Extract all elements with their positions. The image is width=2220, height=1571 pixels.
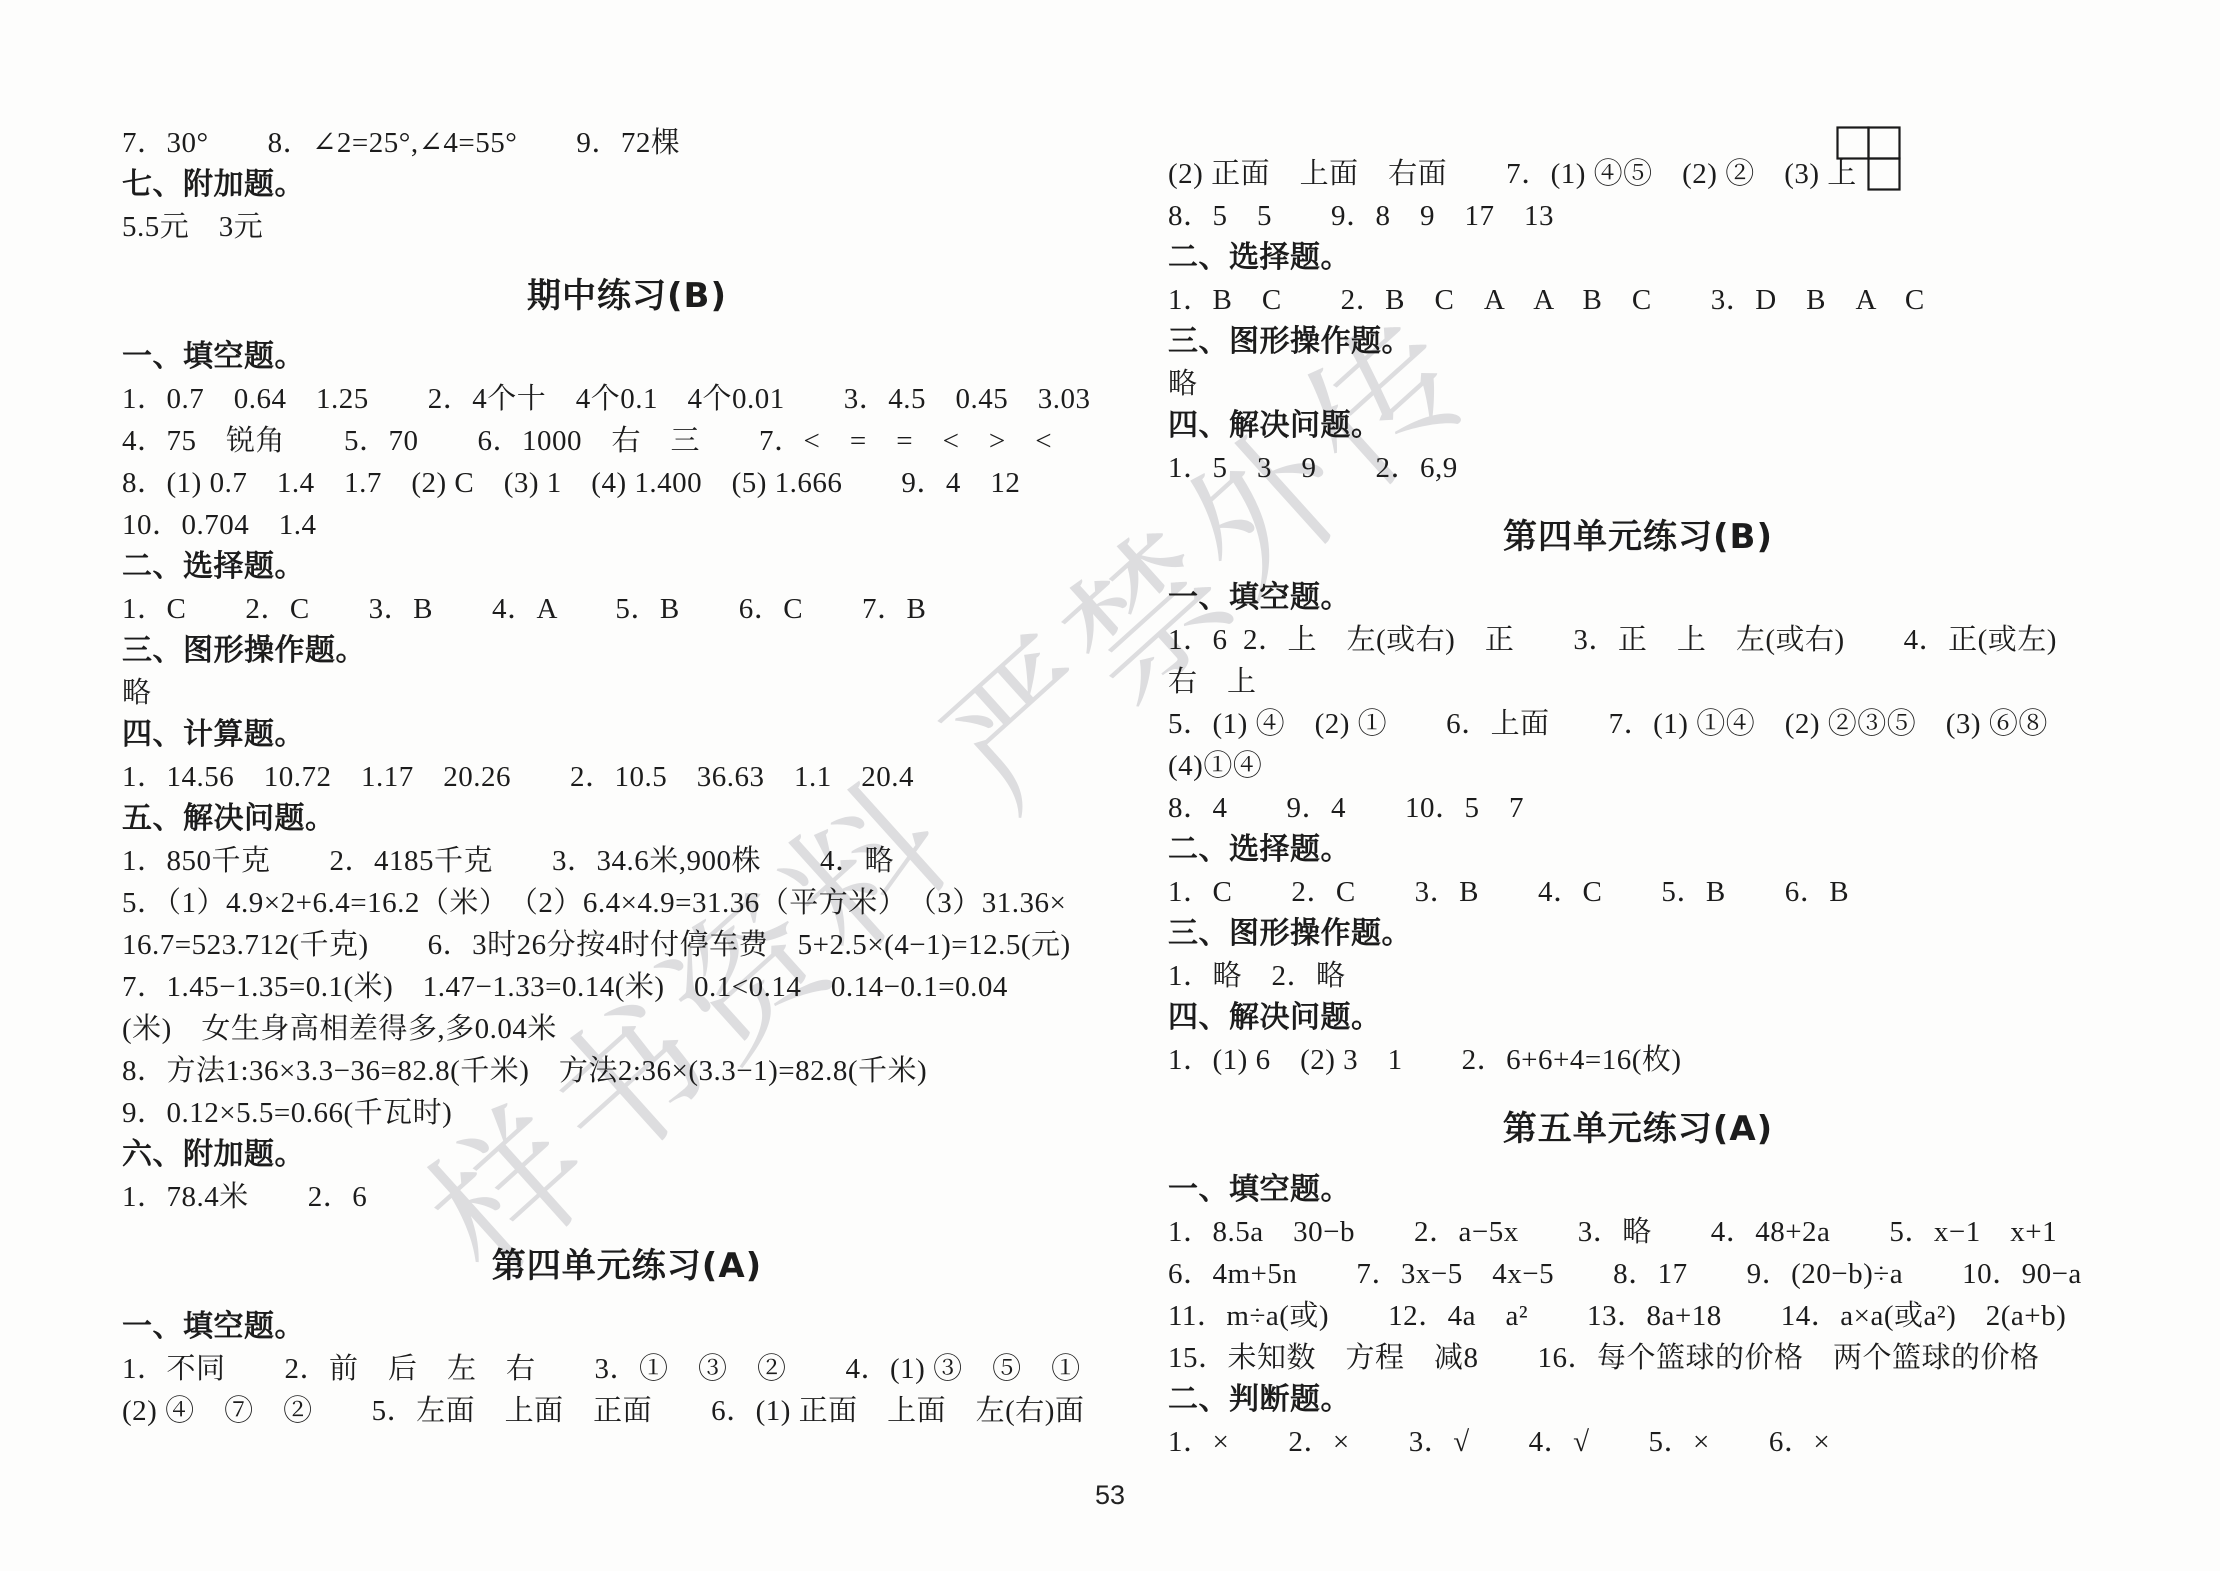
answer-line: 1．6 2．上 左(或右) 正 3．正 上 左(或右) 4．正(或左) 右 上 xyxy=(1168,619,2108,703)
section-title: 一、填空题。 xyxy=(1168,1169,2108,1211)
answer-line: 9．0.12×5.5=0.66(千瓦时) xyxy=(122,1092,1132,1134)
answer-line: 1．C 2．C 3．B 4．A 5．B 6．C 7．B xyxy=(122,588,1132,630)
section-title: 三、图形操作题。 xyxy=(122,630,1132,672)
right-column: (2) 正面 上面 右面 7．(1) ④⑤ (2) ② (3) 上 8．5 5 … xyxy=(1168,153,2108,1463)
section-title: 二、选择题。 xyxy=(1168,829,2108,871)
answer-line: 11．m÷a(或) 12．4a a² 13．8a+18 14．a×a(或a²) … xyxy=(1168,1295,2108,1337)
answer-line: 1．不同 2．前 后 左 右 3．① ③ ② 4．(1) ③ ⑤ ① xyxy=(122,1348,1132,1390)
answer-line: 1．0.7 0.64 1.25 2．4个十 4个0.1 4个0.01 3．4.5… xyxy=(122,378,1132,420)
answer-line: 16.7=523.712(千克) 6．3时26分按4时付停车费 5+2.5×(4… xyxy=(122,924,1132,966)
section-title: 二、选择题。 xyxy=(1168,237,2108,279)
answer-line: 1．× 2．× 3．√ 4．√ 5．× 6．× xyxy=(1168,1421,2108,1463)
answer-line: 8．(1) 0.7 1.4 1.7 (2) C (3) 1 (4) 1.400 … xyxy=(122,462,1132,504)
answer-line: 1．8.5a 30−b 2．a−5x 3．略 4．48+2a 5．x−1 x+1 xyxy=(1168,1211,2108,1253)
answer-line: 15．未知数 方程 减8 16．每个篮球的价格 两个篮球的价格 xyxy=(1168,1337,2108,1379)
section-title: 三、图形操作题。 xyxy=(1168,321,2108,363)
answer-line: 8．4 9．4 10．5 7 xyxy=(1168,787,2108,829)
page-number: 53 xyxy=(1060,1480,1160,1511)
answer-line: 1．78.4米 2．6 xyxy=(122,1176,1132,1218)
answer-line: 5．（1）4.9×2+6.4=16.2（米） （2）6.4×4.9=31.36（… xyxy=(122,882,1132,924)
answer-line: 10．0.704 1.4 xyxy=(122,504,1132,546)
answer-line: 5.5元 3元 xyxy=(122,206,1132,248)
answer-line: 略 xyxy=(1168,363,2108,405)
answer-line: 1．850千克 2．4185千克 3．34.6米,900株 4．略 xyxy=(122,840,1132,882)
section-title: 二、选择题。 xyxy=(122,546,1132,588)
exercise-heading: 第五单元练习(A) xyxy=(1168,1103,2108,1155)
answer-line: 1．5 3 9 2．6,9 xyxy=(1168,447,2108,489)
section-title: 七、附加题。 xyxy=(122,164,1132,206)
exercise-heading: 第四单元练习(A) xyxy=(122,1240,1132,1292)
section-title: 一、填空题。 xyxy=(1168,577,2108,619)
section-title: 五、解决问题。 xyxy=(122,798,1132,840)
exercise-heading: 期中练习(B) xyxy=(122,270,1132,322)
section-title: 一、填空题。 xyxy=(122,336,1132,378)
section-title: 一、填空题。 xyxy=(122,1306,1132,1348)
answer-line: 略 xyxy=(122,672,1132,714)
answer-line: 1．略 2．略 xyxy=(1168,955,2108,997)
answer-line: 7．30° 8．∠2=25°,∠4=55° 9．72棵 xyxy=(122,122,1132,164)
answer-line: 5．(1) ④ (2) ① 6．上面 7．(1) ①④ (2) ②③⑤ (3) … xyxy=(1168,703,2108,787)
answer-line: 8．方法1:36×3.3−36=82.8(千米) 方法2:36×(3.3−1)=… xyxy=(122,1050,1132,1092)
answer-line: (2) ④ ⑦ ② 5．左面 上面 正面 6．(1) 正面 上面 左(右)面 xyxy=(122,1390,1132,1432)
answer-line: (米) 女生身高相差得多,多0.04米 xyxy=(122,1008,1132,1050)
section-title: 四、计算题。 xyxy=(122,714,1132,756)
answer-line: 1．C 2．C 3．B 4．C 5．B 6．B xyxy=(1168,871,2108,913)
answer-line: 1．14.56 10.72 1.17 20.26 2．10.5 36.63 1.… xyxy=(122,756,1132,798)
answer-key-page: 样书资料 严禁外传 7．30° 8．∠2=25°,∠4=55° 9．72棵 七、… xyxy=(0,0,2220,1571)
answer-line: (2) 正面 上面 右面 7．(1) ④⑤ (2) ② (3) 上 xyxy=(1168,153,2108,195)
answer-line: 8．5 5 9．8 9 17 13 xyxy=(1168,195,2108,237)
section-title: 二、判断题。 xyxy=(1168,1379,2108,1421)
section-title: 六、附加题。 xyxy=(122,1134,1132,1176)
section-title: 四、解决问题。 xyxy=(1168,997,2108,1039)
answer-line: 1．B C 2．B C A A B C 3．D B A C xyxy=(1168,279,2108,321)
answer-line: 7．1.45−1.35=0.1(米) 1.47−1.33=0.14(米) 0.1… xyxy=(122,966,1132,1008)
section-title: 三、图形操作题。 xyxy=(1168,913,2108,955)
exercise-heading: 第四单元练习(B) xyxy=(1168,511,2108,563)
answer-line: 1．(1) 6 (2) 3 1 2．6+6+4=16(枚) xyxy=(1168,1039,2108,1081)
answer-line: 6．4m+5n 7．3x−5 4x−5 8．17 9．(20−b)÷a 10．9… xyxy=(1168,1253,2108,1295)
section-title: 四、解决问题。 xyxy=(1168,405,2108,447)
answer-line: 4．75 锐角 5．70 6．1000 右 三 7．< = = < > < xyxy=(122,420,1132,462)
left-column: 7．30° 8．∠2=25°,∠4=55° 9．72棵 七、附加题。 5.5元 … xyxy=(122,122,1132,1432)
